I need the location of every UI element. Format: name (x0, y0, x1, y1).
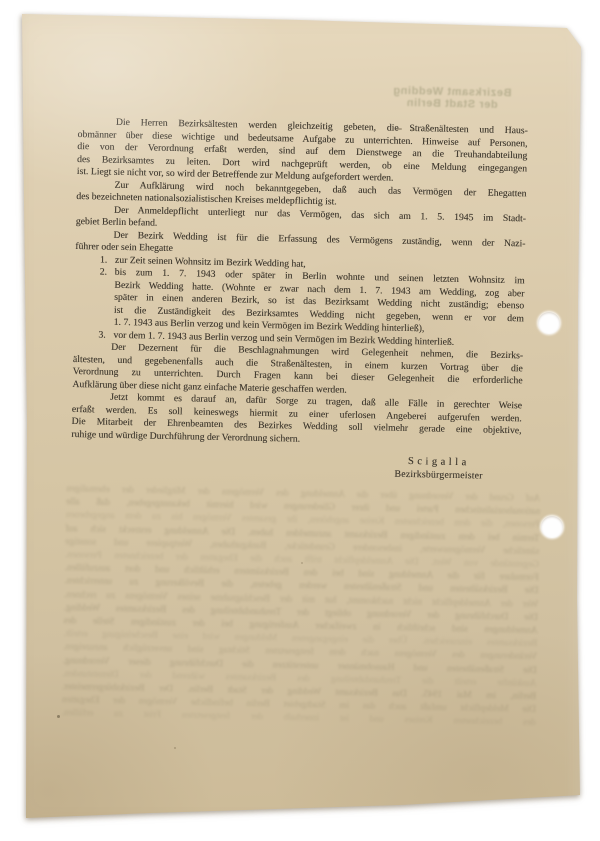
list-number: 3. (98, 329, 106, 342)
bleedthrough-letterhead: Bezirksamt Wedding der Stadt Berlin (392, 85, 512, 112)
document-text: Die Herren Bezirksältesten werden gleich… (71, 116, 528, 483)
paper-speck (396, 128, 402, 130)
list-number: 1. (100, 254, 108, 267)
paper-speck (301, 562, 303, 564)
paper-speck (411, 129, 415, 131)
document-page: Bezirksamt Wedding der Stadt Berlin Die … (0, 0, 600, 841)
paper-speck (57, 715, 60, 718)
paragraph: Jetzt kommt es darauf an, dafür Sorge zu… (71, 391, 522, 450)
bleedthrough-letterhead-line: der Stadt Berlin (392, 97, 512, 112)
list-number: 2. (100, 266, 108, 279)
punch-hole-top (538, 312, 560, 334)
photo-background: Bezirksamt Wedding der Stadt Berlin Die … (0, 0, 600, 841)
signature-title: Bezirksbürgermeister (368, 467, 508, 483)
paper-shadow: Bezirksamt Wedding der Stadt Berlin Die … (0, 0, 600, 841)
paragraph: Die Herren Bezirksältesten werden gleich… (77, 116, 528, 188)
bleedthrough-text-block: Auf Grund der Verordnung über die Anmeld… (62, 483, 541, 731)
punch-hole-bottom (541, 516, 563, 538)
paper-speck (174, 747, 176, 749)
list-item: 2. bis zum 1. 7. 1943 oder später in Ber… (74, 266, 525, 338)
signature-block: Scigalla Bezirksbürgermeister (368, 454, 509, 483)
